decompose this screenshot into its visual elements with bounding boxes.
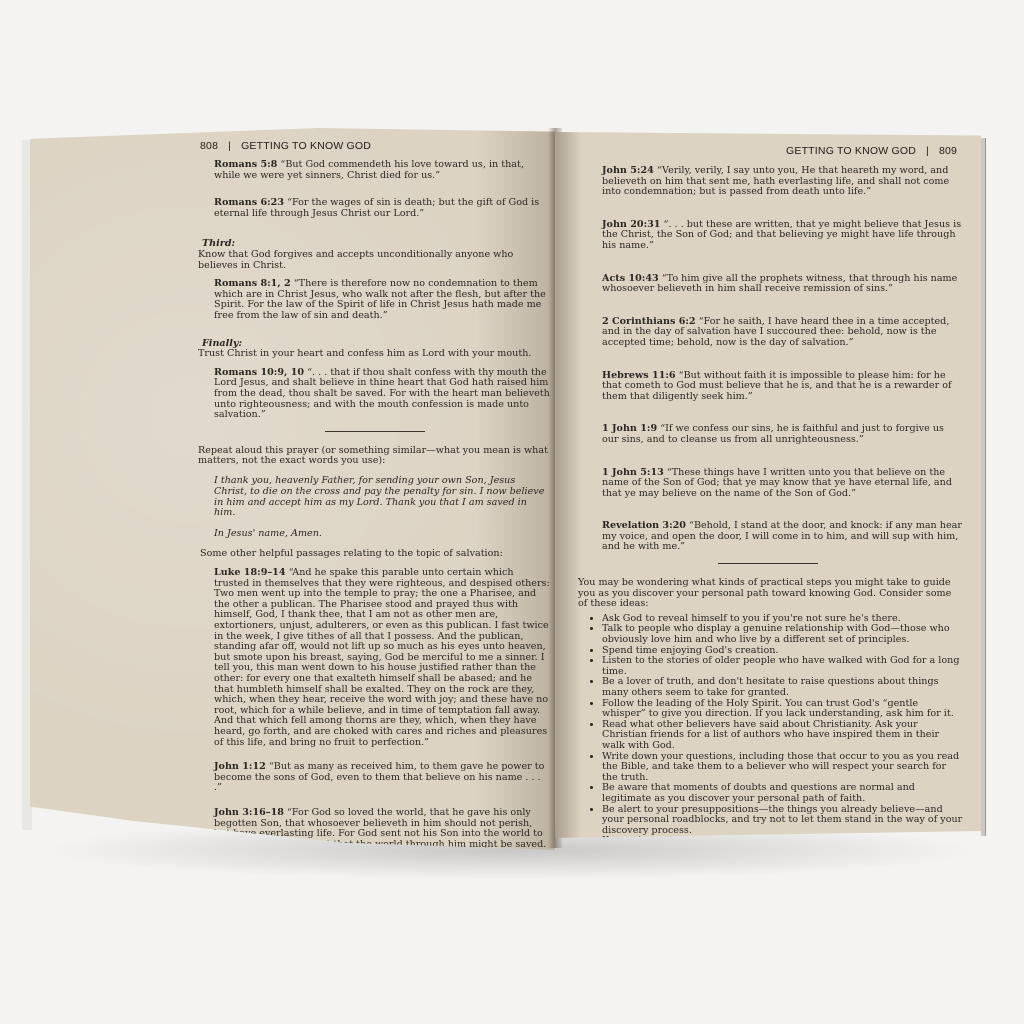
verse: Luke 18:9–14 “And he spake this parable … — [200, 568, 550, 748]
left-page: 808|GETTING TO KNOW GOD Romans 5:8 “But … — [30, 128, 555, 850]
header-separator: | — [926, 145, 929, 157]
verse: Romans 10:9, 10 “. . . that if thou shal… — [200, 368, 550, 421]
right-page-content: John 5:24 “Verily, verily, I say unto yo… — [578, 166, 963, 838]
section-divider — [718, 563, 818, 564]
right-page: GETTING TO KNOW GOD|809 John 5:24 “Veril… — [556, 132, 981, 838]
prayer-close: In Jesus' name, Amen. — [200, 529, 550, 540]
left-page-content: Romans 5:8 “But God commendeth his love … — [200, 160, 550, 850]
prayer-text: I thank you, heavenly Father, for sendin… — [200, 476, 550, 518]
verse: 2 Corinthians 6:2 “For he saith, I have … — [602, 317, 963, 349]
verse-reference: Romans 10:9, 10 — [214, 367, 304, 378]
verse-reference: 1 John 1:9 — [602, 423, 657, 434]
right-running-head: GETTING TO KNOW GOD|809 — [786, 145, 957, 157]
verse-reference: Romans 8:1, 2 — [214, 278, 291, 289]
section-text-finally: Trust Christ in your heart and confess h… — [198, 349, 550, 360]
right-page-number: 809 — [939, 145, 957, 157]
passages-intro: Some other helpful passages relating to … — [200, 549, 550, 560]
verse: 1 John 5:13 “These things have I written… — [602, 468, 963, 500]
verse-reference: 2 Corinthians 6:2 — [602, 316, 696, 327]
verse: Romans 6:23 “For the wages of sin is dea… — [214, 198, 550, 219]
verse: Revelation 3:20 “Behold, I stand at the … — [602, 521, 963, 553]
verse-text: “And he spake this parable unto certain … — [214, 567, 550, 748]
prayer-intro: Repeat aloud this prayer (or something s… — [198, 446, 550, 467]
list-item: Listen to the stories of older people wh… — [602, 656, 963, 677]
right-page-edge — [981, 138, 986, 836]
list-item: Be alert to your presuppositions—the thi… — [602, 805, 963, 837]
list-item: Read what other believers have said abou… — [602, 720, 963, 752]
verse: Hebrews 11:6 “But without faith it is im… — [602, 371, 963, 403]
section-text-third: Know that God forgives and accepts uncon… — [198, 250, 550, 271]
verse-reference: John 5:24 — [602, 165, 654, 176]
verse-reference: Luke 18:9–14 — [214, 567, 286, 578]
verse-reference: Romans 5:8 — [214, 159, 277, 170]
verse: Acts 10:43 “To him give all the prophets… — [602, 274, 963, 295]
verse-reference: John 1:12 — [214, 761, 266, 772]
verse: Romans 8:1, 2 “There is therefore now no… — [200, 279, 550, 321]
verse-reference: Revelation 3:20 — [602, 520, 686, 531]
left-page-number: 808 — [200, 140, 218, 152]
left-running-title: GETTING TO KNOW GOD — [241, 140, 371, 152]
verse-reference: Acts 10:43 — [602, 273, 659, 284]
list-item: Be aware that moments of doubts and ques… — [602, 783, 963, 804]
header-separator: | — [228, 140, 231, 152]
verse-reference: John 3:16–18 — [214, 807, 284, 818]
steps-list: Ask God to reveal himself to you if you'… — [578, 614, 963, 838]
verse: 1 John 1:9 “If we confess our sins, he i… — [602, 424, 963, 445]
list-item: Write down your questions, including tho… — [602, 752, 963, 784]
verse: John 5:24 “Verily, verily, I say unto yo… — [602, 166, 963, 198]
verse-text: “Verily, verily, I say unto you, He that… — [602, 165, 949, 197]
list-item: Be a lover of truth, and don't hesitate … — [602, 677, 963, 698]
list-item: Talk to people who display a genuine rel… — [602, 624, 963, 645]
section-divider — [325, 431, 425, 432]
verse: John 1:12 “But as many as received him, … — [200, 762, 550, 794]
list-item: Follow the leading of the Holy Spirit. Y… — [602, 699, 963, 720]
verse-reference: Hebrews 11:6 — [602, 370, 676, 381]
verse-reference: Romans 6:23 — [214, 197, 284, 208]
left-running-head: 808|GETTING TO KNOW GOD — [200, 140, 371, 152]
verse-reference: John 20:31 — [602, 219, 660, 230]
steps-intro: You may be wondering what kinds of pract… — [578, 578, 963, 610]
verse-reference: 1 John 5:13 — [602, 467, 664, 478]
verse: Romans 5:8 “But God commendeth his love … — [214, 160, 550, 181]
right-running-title: GETTING TO KNOW GOD — [786, 145, 916, 157]
verse: John 20:31 “. . . but these are written,… — [602, 220, 963, 252]
